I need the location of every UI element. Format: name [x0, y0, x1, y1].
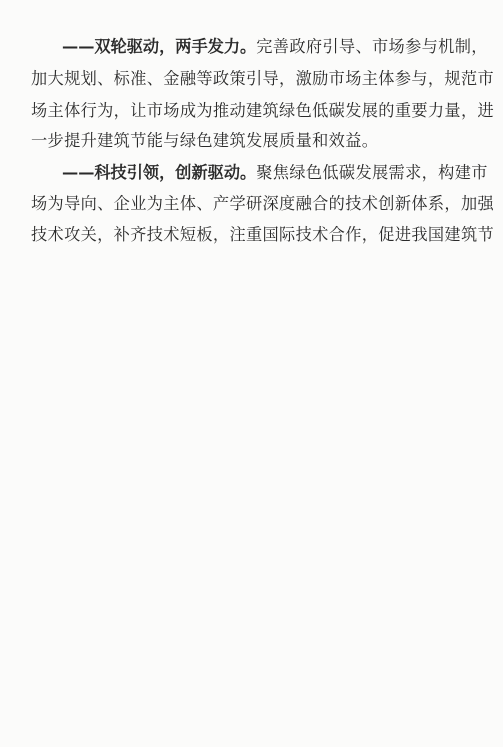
- paragraph-1-line-2: 加大规划、标准、金融等政策引导，激励市场主体参与，规范市: [31, 69, 475, 89]
- document-page: ——双轮驱动，两手发力。完善政府引导、市场参与机制， 加大规划、标准、金融等政策…: [0, 0, 503, 747]
- paragraph-1-line-3: 场主体行为，让市场成为推动建筑绿色低碳发展的重要力量，进: [31, 101, 475, 121]
- paragraph-2-line-3: 技术攻关，补齐技术短板，注重国际技术合作，促进我国建筑节: [31, 225, 475, 245]
- paragraph-1-lead: ——双轮驱动，两手发力。: [62, 37, 256, 56]
- paragraph-1-line-4: 一步提升建筑节能与绿色建筑发展质量和效益。: [31, 131, 475, 151]
- paragraph-2-lead: ——科技引领，创新驱动。: [62, 163, 256, 182]
- paragraph-2-line-2: 场为导向、企业为主体、产学研深度融合的技术创新体系，加强: [31, 194, 475, 214]
- paragraph-1-line-1: ——双轮驱动，两手发力。完善政府引导、市场参与机制，: [62, 37, 475, 57]
- paragraph-1-text: 完善政府引导、市场参与机制，: [256, 37, 488, 56]
- paragraph-2-line-1: ——科技引领，创新驱动。聚焦绿色低碳发展需求，构建市: [62, 163, 475, 183]
- paragraph-2-text: 聚焦绿色低碳发展需求，构建市: [256, 163, 488, 182]
